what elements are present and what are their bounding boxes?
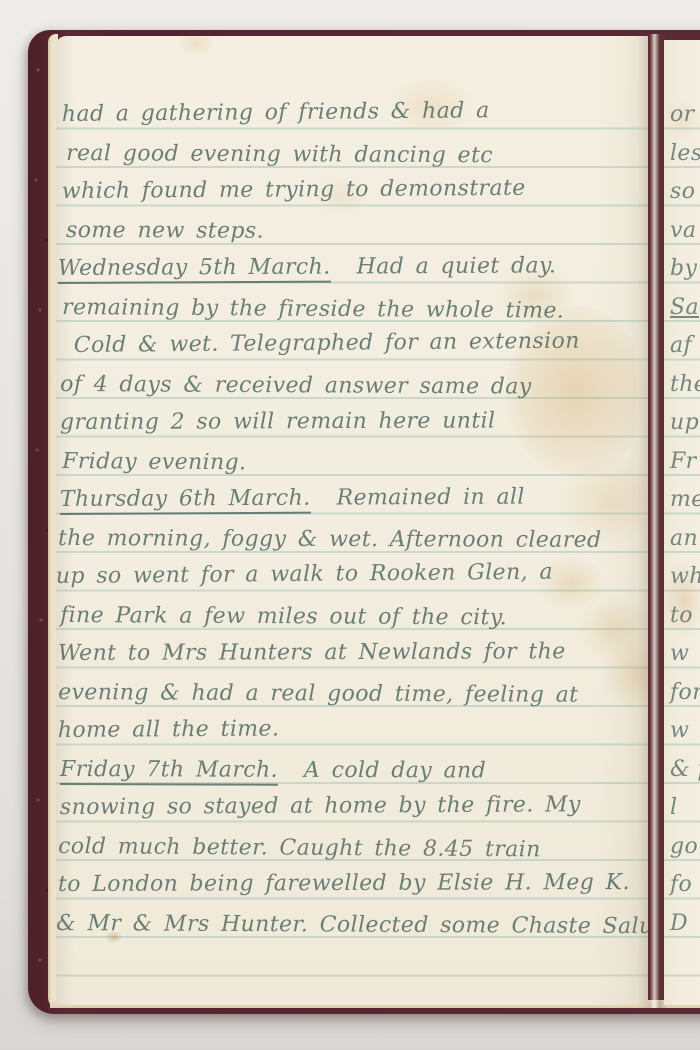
- handwriting-line: to London being farewelled by Elsie H. M…: [58, 865, 630, 903]
- entry-date-heading: Thursday 6th March.: [60, 486, 311, 515]
- handwriting-fragment: go: [670, 829, 698, 865]
- handwriting-line: Went to Mrs Hunters at Newlands for the: [58, 634, 566, 672]
- stain-mark: [176, 36, 216, 56]
- handwriting-fragment: les: [670, 136, 700, 172]
- handwriting-line: home all the time.: [58, 711, 280, 749]
- handwriting-line: evening & had a real good time, feeling …: [58, 675, 578, 714]
- handwriting-line: fine Park a few miles out of the city.: [60, 598, 507, 636]
- handwriting-fragment: so: [670, 174, 695, 210]
- diary-entry-heading-line: Friday 7th March.A cold day and: [60, 752, 486, 789]
- handwriting-fragment: & p: [670, 752, 700, 788]
- handwriting-fragment: for: [670, 675, 700, 711]
- handwriting-fragment: by: [670, 251, 697, 287]
- handwriting-line: up so went for a walk to Rooken Glen, a: [56, 555, 553, 595]
- handwriting-fragment: va: [670, 213, 696, 249]
- handwriting-fragment: me: [670, 482, 700, 518]
- handwriting-fragment: w: [670, 713, 689, 749]
- handwriting-fragment: up: [670, 405, 699, 441]
- handwriting-line: granting 2 so will remain here until: [60, 403, 496, 441]
- handwriting-line: had a gathering of friends & had a: [62, 93, 490, 133]
- handwriting-fragment: w: [670, 636, 689, 672]
- handwriting-line: cold much better. Caught the 8.45 train: [58, 829, 541, 868]
- handwriting-fragment: Fr: [670, 444, 697, 480]
- handwriting-line: which found me trying to demonstrate: [62, 171, 526, 210]
- diary-page-right: orlessovabySaaftheupFrmeanwhtowforw& plg…: [664, 40, 700, 1005]
- handwriting-line: snowing so stayed at home by the fire. M…: [60, 787, 581, 826]
- handwriting-line: remaining by the fireside the whole time…: [62, 290, 564, 330]
- diary-entry-heading-line: Wednesday 5th March.Had a quiet day.: [58, 248, 557, 287]
- handwriting-line: some new steps.: [66, 213, 264, 250]
- handwriting-fragment: af: [670, 328, 692, 364]
- entry-text: Had a quiet day.: [357, 253, 557, 279]
- handwriting-fragment: fo: [670, 867, 692, 903]
- entry-date-heading: Friday 7th March.: [60, 757, 278, 786]
- handwriting-line: & Mr & Mrs Hunter. Collected some Chaste…: [56, 906, 648, 945]
- diary-page-left: had a gathering of friends & had areal g…: [56, 36, 648, 1005]
- handwriting-line: Friday evening.: [62, 444, 247, 481]
- handwriting-fragment: D: [670, 906, 688, 942]
- handwriting-fragment: or: [670, 97, 695, 133]
- handwriting-fragment: an: [670, 521, 698, 557]
- notebook-photo: had a gathering of friends & had areal g…: [0, 0, 700, 1050]
- handwriting-fragment: the: [670, 367, 700, 403]
- handwriting-line: of 4 days & received answer same day: [60, 367, 532, 405]
- handwriting-fragment: Sa: [670, 290, 699, 326]
- handwriting-line: real good evening with dancing etc: [66, 136, 493, 174]
- diary-entry-heading-line: Thursday 6th March.Remained in all: [60, 480, 525, 518]
- entry-text: A cold day and: [304, 757, 486, 783]
- entry-date-heading: Wednesday 5th March.: [58, 255, 331, 284]
- handwriting-fragment: to: [670, 598, 693, 634]
- handwriting-fragment: l: [670, 790, 677, 826]
- handwriting-line: Cold & wet. Telegraphed for an extension: [74, 324, 580, 364]
- entry-text: Remained in all: [337, 485, 525, 511]
- handwriting-fragment: wh: [670, 559, 700, 595]
- handwriting-line: the morning, foggy & wet. Afternoon clea…: [58, 521, 602, 559]
